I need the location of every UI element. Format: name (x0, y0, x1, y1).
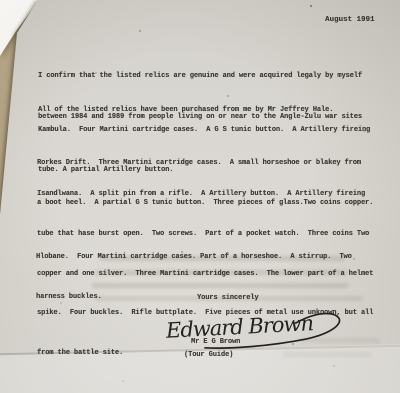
typed-line: Isandlwana. A split pin from a rifle. A … (37, 188, 373, 201)
handwritten-signature: Edward Brown (157, 292, 360, 364)
typed-line: Hlobane. Four Martini cartridge cases. P… (36, 251, 352, 264)
letter-page: August 1991 I confirm that the listed re… (0, 0, 400, 393)
letter-date: August 1991 (325, 16, 375, 24)
signature-name-text: Edward Brown (164, 311, 314, 343)
document-photo: August 1991 I confirm that the listed re… (0, 0, 400, 393)
letter-page-wrap: August 1991 I confirm that the listed re… (0, 0, 400, 393)
